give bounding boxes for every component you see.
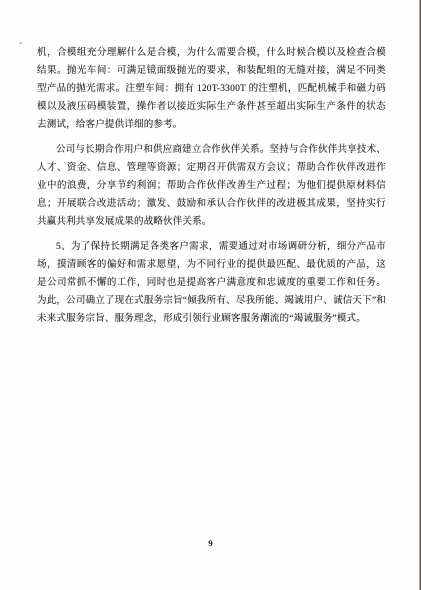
- document-page: 机，合模组充分理解什么是合模，为什么需要合模，什么时候合模以及检查合模结果。抛光…: [0, 0, 421, 590]
- page-number: 9: [0, 538, 421, 548]
- paragraph-continuation: 机，合模组充分理解什么是合模，为什么需要合模，什么时候合模以及检查合模结果。抛光…: [37, 44, 386, 134]
- paragraph-partnership: 公司与长期合作用户和供应商建立合作伙伴关系。坚持与合作伙伴共享技术、人才、资金、…: [37, 141, 386, 231]
- paragraph-item-5: 5、为了保持长期满足各类客户需求，需要通过对市场调研分析，细分产品市场，摸清顾客…: [37, 238, 386, 328]
- scan-artifact-speck: [19, 42, 22, 44]
- document-text-block: 机，合模组充分理解什么是合模，为什么需要合模，什么时候合模以及检查合模结果。抛光…: [37, 44, 386, 328]
